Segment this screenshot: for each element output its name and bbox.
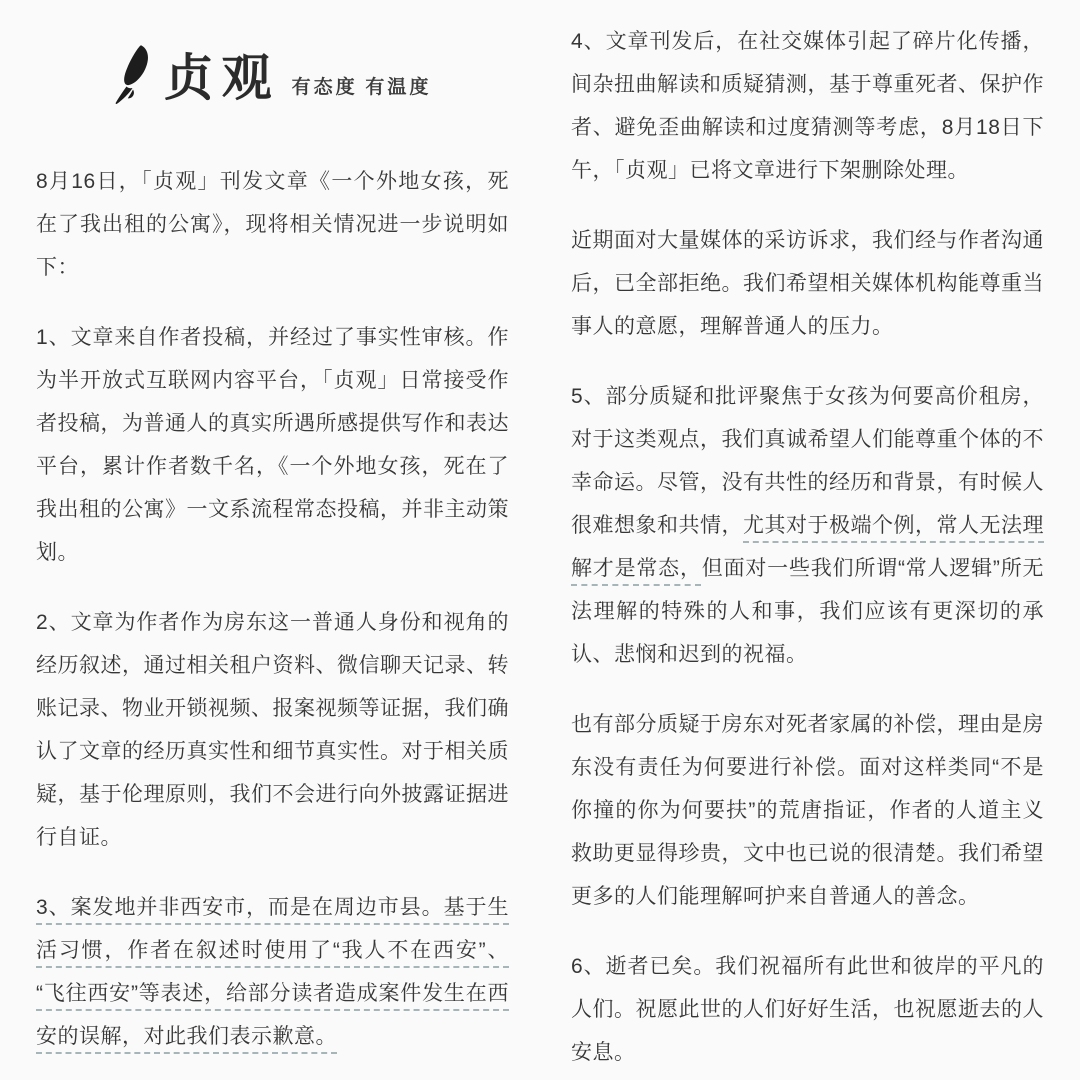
text-run: 1、文章来自作者投稿，并经过了事实性审核。作为半开放式互联网内容平台，「贞观」日… xyxy=(36,326,509,564)
pen-icon xyxy=(114,42,152,106)
brand-name: 贞观 xyxy=(164,50,280,106)
text-run: 4、文章刊发后，在社交媒体引起了碎片化传播，间杂扭曲解读和质疑猜测，基于尊重死者… xyxy=(571,30,1044,182)
brand-tagline: 有态度 有温度 xyxy=(292,73,432,106)
brand-logo: 贞观 有态度 有温度 xyxy=(36,30,509,106)
left-paragraphs: 8月16日，「贞观」刊发文章《一个外地女孩，死在了我出租的公寓》，现将相关情况进… xyxy=(36,160,509,1058)
text-run: 也有部分质疑于房东对死者家属的补偿，理由是房东没有责任为何要进行补偿。面对这样类… xyxy=(571,713,1044,908)
text-run: 近期面对大量媒体的采访诉求，我们经与作者沟通后，已全部拒绝。我们希望相关媒体机构… xyxy=(571,229,1044,338)
right-column: 4、文章刊发后，在社交媒体引起了碎片化传播，间杂扭曲解读和质疑猜测，基于尊重死者… xyxy=(571,0,1044,1080)
paragraph-point-6: 6、逝者已矣。我们祝福所有此世和彼岸的平凡的人们。祝愿此世的人们好好生活，也祝愿… xyxy=(571,945,1044,1074)
right-paragraphs: 4、文章刊发后，在社交媒体引起了碎片化传播，间杂扭曲解读和质疑猜测，基于尊重死者… xyxy=(571,20,1044,1074)
paragraph-point-5: 5、部分质疑和批评聚焦于女孩为何要高价租房，对于这类观点，我们真诚希望人们能尊重… xyxy=(571,375,1044,676)
text-run: 6、逝者已矣。我们祝福所有此世和彼岸的平凡的人们。祝愿此世的人们好好生活，也祝愿… xyxy=(571,955,1044,1064)
text-run: 8月16日，「贞观」刊发文章《一个外地女孩，死在了我出租的公寓》，现将相关情况进… xyxy=(36,170,509,279)
paragraph-intro: 8月16日，「贞观」刊发文章《一个外地女孩，死在了我出租的公寓》，现将相关情况进… xyxy=(36,160,509,289)
underlined-text-run: 3、案发地并非西安市，而是在周边市县。基于生活习惯，作者在叙述时使用了“我人不在… xyxy=(36,896,509,1048)
paragraph-point-1: 1、文章来自作者投稿，并经过了事实性审核。作为半开放式互联网内容平台，「贞观」日… xyxy=(36,316,509,574)
left-column: 贞观 有态度 有温度 8月16日，「贞观」刊发文章《一个外地女孩，死在了我出租的… xyxy=(36,0,509,1080)
paragraph-point-3: 3、案发地并非西安市，而是在周边市县。基于生活习惯，作者在叙述时使用了“我人不在… xyxy=(36,886,509,1058)
statement-page: 贞观 有态度 有温度 8月16日，「贞观」刊发文章《一个外地女孩，死在了我出租的… xyxy=(0,0,1080,1080)
paragraph-point-4: 4、文章刊发后，在社交媒体引起了碎片化传播，间杂扭曲解读和质疑猜测，基于尊重死者… xyxy=(571,20,1044,192)
text-run: 2、文章为作者作为房东这一普通人身份和视角的经历叙述，通过相关租户资料、微信聊天… xyxy=(36,611,509,849)
paragraph-point-4-followup: 近期面对大量媒体的采访诉求，我们经与作者沟通后，已全部拒绝。我们希望相关媒体机构… xyxy=(571,219,1044,348)
paragraph-point-5-followup: 也有部分质疑于房东对死者家属的补偿，理由是房东没有责任为何要进行补偿。面对这样类… xyxy=(571,703,1044,918)
paragraph-point-2: 2、文章为作者作为房东这一普通人身份和视角的经历叙述，通过相关租户资料、微信聊天… xyxy=(36,601,509,859)
